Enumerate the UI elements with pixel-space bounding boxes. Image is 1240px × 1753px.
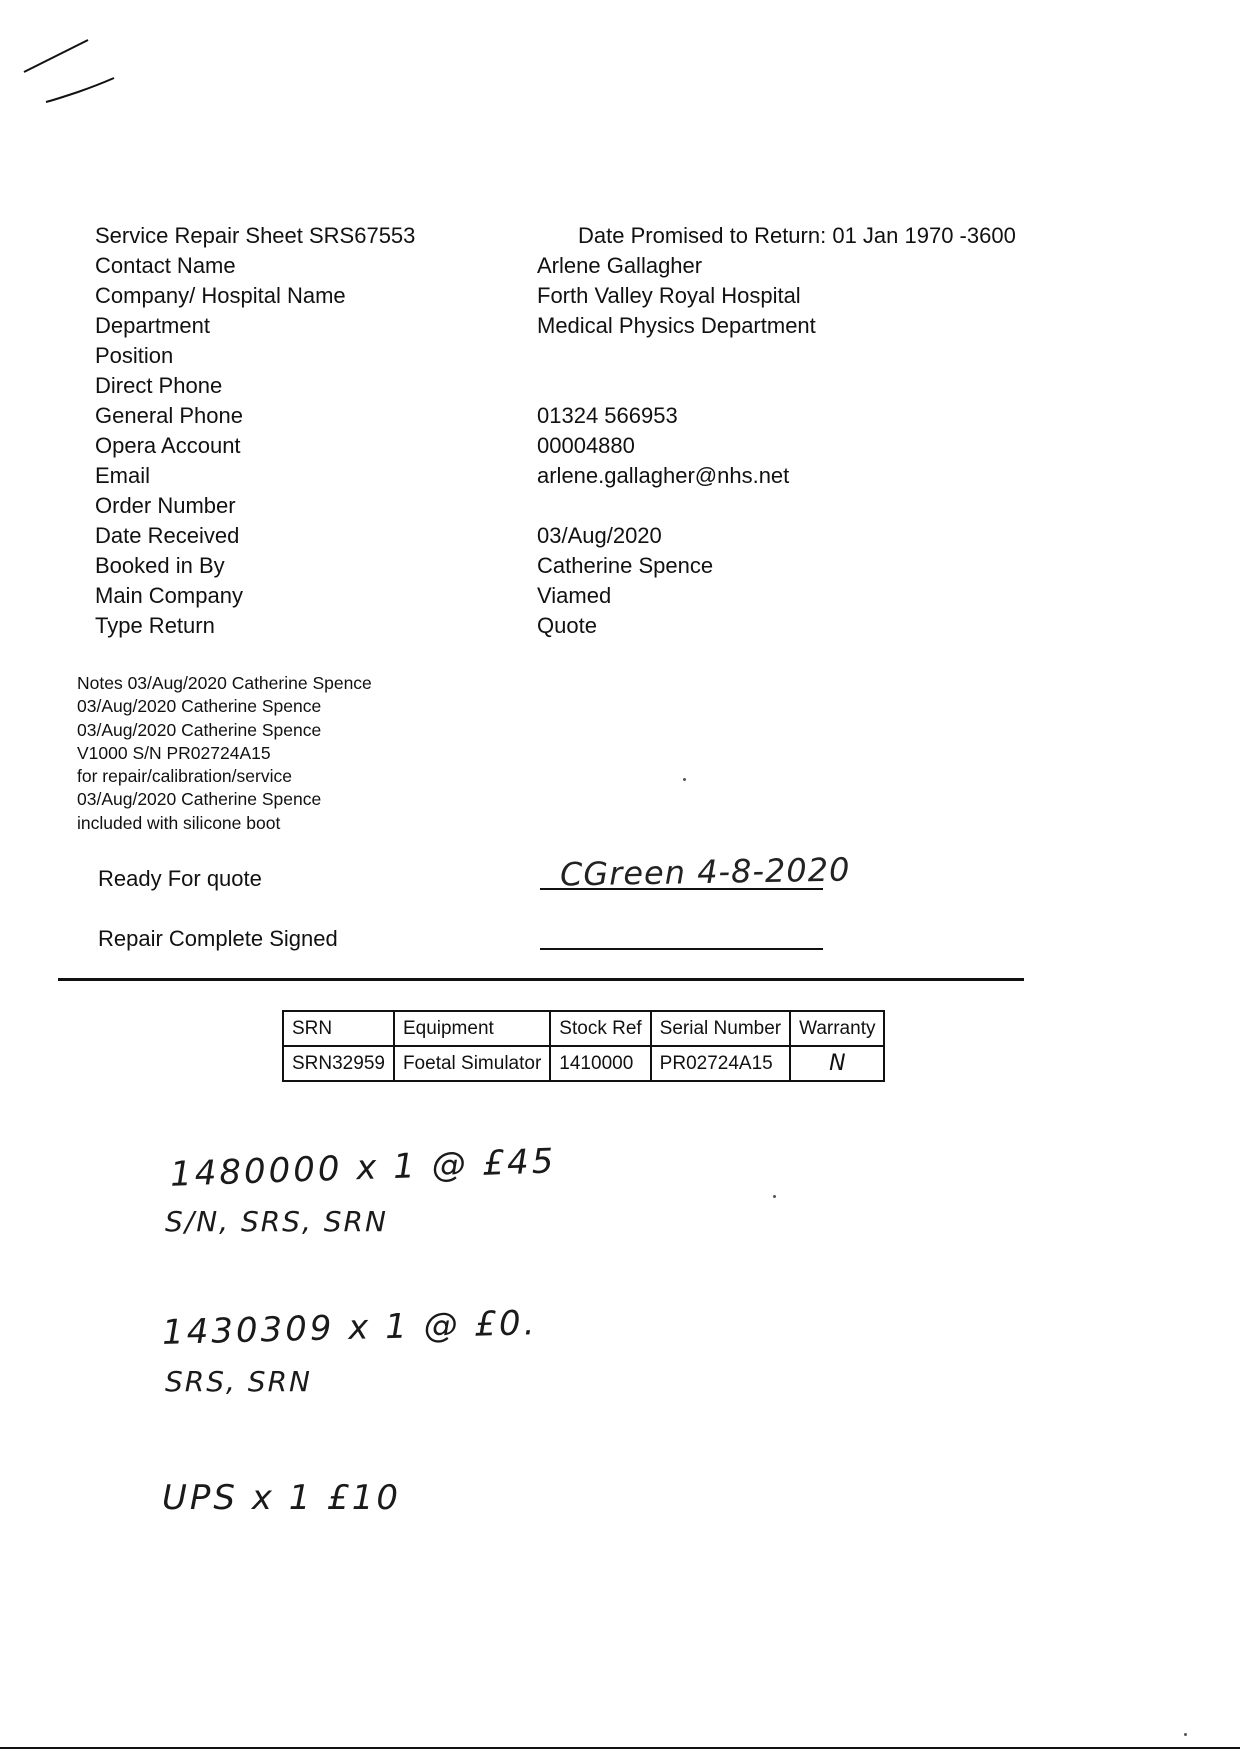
table-header-row: SRN Equipment Stock Ref Serial Number Wa…	[283, 1011, 884, 1046]
notes-block: Notes 03/Aug/2020 Catherine Spence 03/Au…	[77, 672, 372, 835]
note-line: included with silicone boot	[77, 812, 372, 835]
field-label-company: Company/ Hospital Name	[95, 281, 346, 311]
field-value-main-company: Viamed	[537, 581, 611, 611]
handwritten-sub-2: SRS, SRN	[165, 1365, 312, 1398]
header-warranty: Warranty	[790, 1011, 884, 1046]
field-value-company: Forth Valley Royal Hospital	[537, 281, 801, 311]
handwritten-sub-1: S/N, SRS, SRN	[165, 1205, 388, 1238]
note-line: 03/Aug/2020 Catherine Spence	[77, 695, 372, 718]
field-label-date-received: Date Received	[95, 521, 239, 551]
equipment-table: SRN Equipment Stock Ref Serial Number Wa…	[282, 1010, 885, 1082]
field-label-general-phone: General Phone	[95, 401, 243, 431]
field-value-date-received: 03/Aug/2020	[537, 521, 662, 551]
header-srn: SRN	[283, 1011, 394, 1046]
field-value-department: Medical Physics Department	[537, 311, 816, 341]
field-label-direct-phone: Direct Phone	[95, 371, 222, 401]
note-line: Notes 03/Aug/2020 Catherine Spence	[77, 672, 372, 695]
cell-stock-ref: 1410000	[550, 1046, 650, 1081]
field-value-email: arlene.gallagher@nhs.net	[537, 461, 789, 491]
ready-for-quote-line	[540, 888, 823, 890]
field-label-department: Department	[95, 311, 210, 341]
field-value-opera-account: 00004880	[537, 431, 635, 461]
scan-speck	[683, 778, 686, 781]
ready-for-quote-label: Ready For quote	[98, 864, 262, 894]
field-label-booked-in-by: Booked in By	[95, 551, 225, 581]
pen-marks	[18, 30, 128, 110]
field-label-email: Email	[95, 461, 150, 491]
cell-srn: SRN32959	[283, 1046, 394, 1081]
note-line: V1000 S/N PR02724A15	[77, 742, 372, 765]
scan-speck	[1184, 1733, 1187, 1736]
field-label-order-number: Order Number	[95, 491, 236, 521]
field-value-general-phone: 01324 566953	[537, 401, 678, 431]
cell-warranty: N	[790, 1046, 884, 1081]
header-equipment: Equipment	[394, 1011, 550, 1046]
field-value-contact-name: Arlene Gallagher	[537, 251, 702, 281]
field-label-contact-name: Contact Name	[95, 251, 236, 281]
handwritten-line-1: 1480000 x 1 @ £45	[169, 1141, 556, 1194]
scan-speck	[773, 1195, 776, 1198]
field-value-type-return: Quote	[537, 611, 597, 641]
cell-serial-number: PR02724A15	[651, 1046, 790, 1081]
cell-equipment: Foetal Simulator	[394, 1046, 550, 1081]
handwritten-line-2: 1430309 x 1 @ £0.	[162, 1303, 538, 1353]
repair-complete-label: Repair Complete Signed	[98, 924, 338, 954]
date-promised: Date Promised to Return: 01 Jan 1970 -36…	[578, 221, 1016, 251]
header-stock-ref: Stock Ref	[550, 1011, 650, 1046]
field-label-position: Position	[95, 341, 173, 371]
handwritten-line-3: UPS x 1 £10	[162, 1478, 401, 1518]
section-divider	[58, 978, 1024, 981]
note-line: 03/Aug/2020 Catherine Spence	[77, 719, 372, 742]
note-line: for repair/calibration/service	[77, 765, 372, 788]
field-label-opera-account: Opera Account	[95, 431, 241, 461]
header-serial-number: Serial Number	[651, 1011, 790, 1046]
field-label-main-company: Main Company	[95, 581, 243, 611]
sheet-title: Service Repair Sheet SRS67553	[95, 221, 415, 251]
note-line: 03/Aug/2020 Catherine Spence	[77, 788, 372, 811]
table-row: SRN32959 Foetal Simulator 1410000 PR0272…	[283, 1046, 884, 1081]
repair-complete-line	[540, 948, 823, 950]
bottom-scan-edge	[0, 1747, 1240, 1749]
field-label-type-return: Type Return	[95, 611, 215, 641]
field-value-booked-in-by: Catherine Spence	[537, 551, 713, 581]
